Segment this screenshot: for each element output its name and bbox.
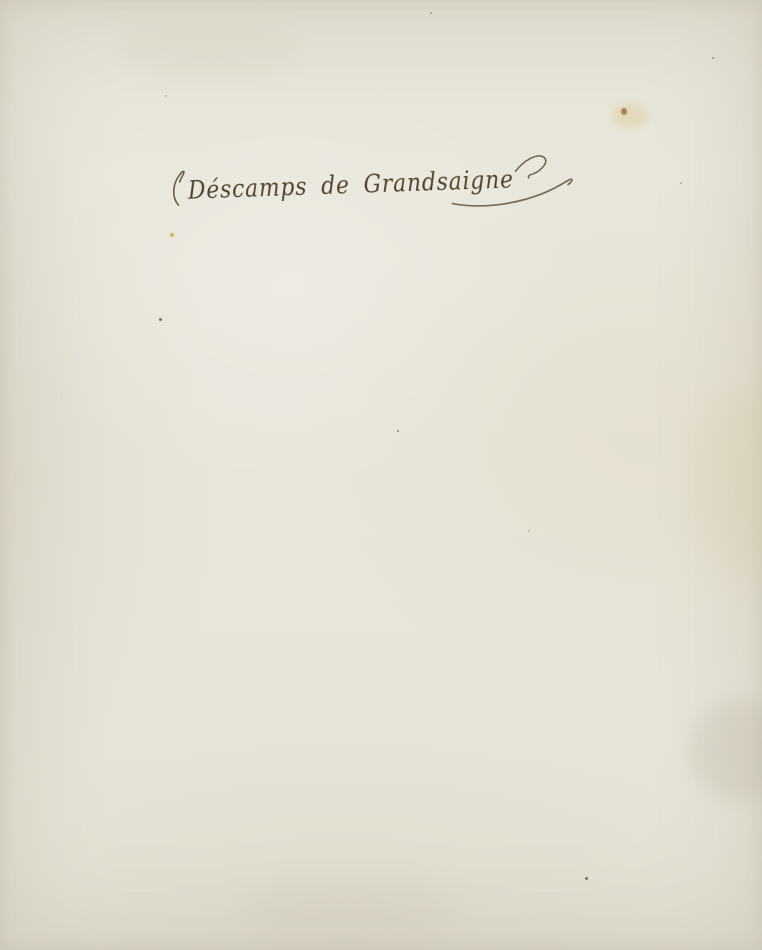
- stain-fox-spot-halo: [612, 104, 648, 128]
- stain-tiny-speck: [528, 530, 530, 532]
- stain-tiny-speck: [165, 95, 167, 97]
- stain-tiny-speck: [397, 430, 399, 432]
- stain-fox-spot-core: [621, 108, 627, 115]
- opening-flourish-stroke: [173, 171, 185, 205]
- closing-curl-stroke: [515, 156, 546, 179]
- manuscript-page: Déscamps de Grandsaigne: [0, 0, 762, 950]
- stain-tiny-speck: [712, 57, 714, 59]
- stain-orange-speck: [170, 233, 174, 237]
- stain-bottom-mottle: [240, 880, 460, 950]
- stain-tiny-speck: [680, 182, 682, 184]
- stain-tiny-speck: [585, 877, 588, 880]
- inscription-group: Déscamps de Grandsaigne: [173, 155, 573, 217]
- stain-tiny-speck: [430, 12, 432, 14]
- inscription-text: Déscamps de Grandsaigne: [187, 164, 515, 204]
- stain-smudge: [690, 700, 762, 800]
- stain-top-mottle: [120, 20, 300, 80]
- stain-edge-stain: [690, 385, 762, 585]
- handwritten-inscription: Déscamps de Grandsaigne: [164, 146, 600, 230]
- stain-dark-speck: [159, 318, 162, 321]
